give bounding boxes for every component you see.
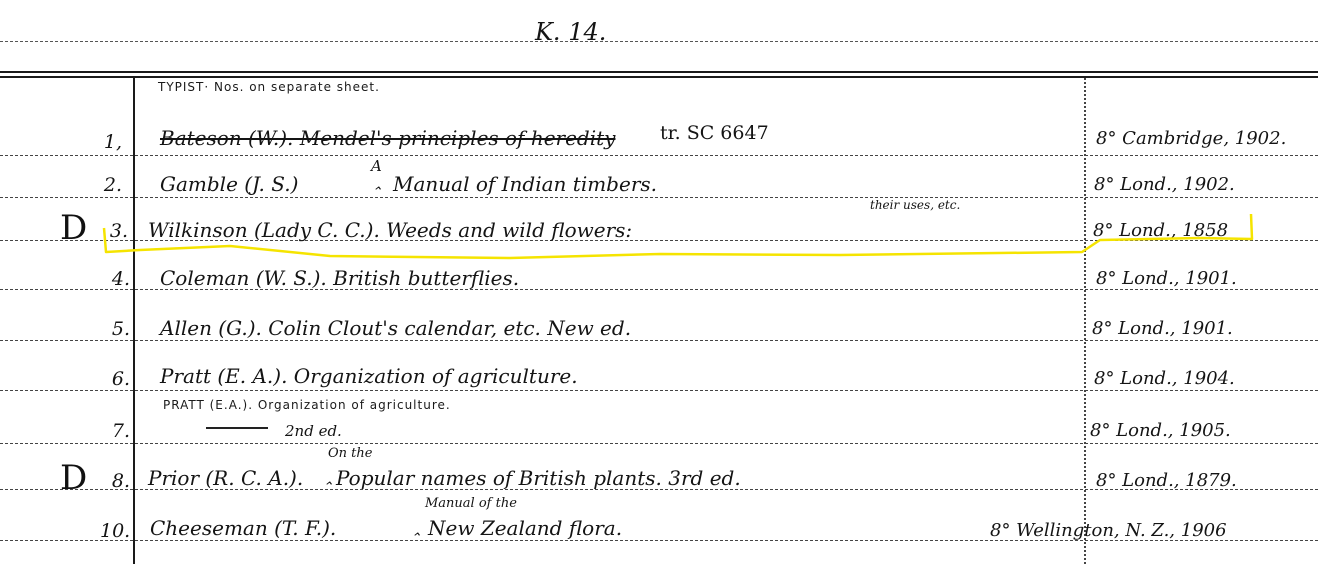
entry-text: Cheeseman (T. F.). xyxy=(150,516,336,540)
entry-text: Popular names of British plants. 3rd ed. xyxy=(336,466,741,490)
typed-correction: PRATT (E.A.). Organization of agricultur… xyxy=(163,398,451,412)
entry-text: Coleman (W. S.). British butterflies. xyxy=(160,266,519,290)
entry-number: 4. xyxy=(100,268,130,290)
entry-number: 7. xyxy=(100,420,130,442)
entry-imprint: 8° Lond., 1901. xyxy=(1092,318,1233,339)
entry-imprint: 8° Lond., 1904. xyxy=(1094,368,1235,389)
entry-text: New Zealand flora. xyxy=(428,516,622,540)
caret-icon: ⌃ xyxy=(410,531,421,546)
entry-text: Prior (R. C. A.). xyxy=(148,466,303,490)
entry-number: 10. xyxy=(100,520,130,542)
entry-number: 6. xyxy=(100,368,130,390)
entry-imprint: 8° Lond., 1879. xyxy=(1096,470,1237,491)
ditto-dash xyxy=(206,427,268,429)
entry-text: Allen (G.). Colin Clout's calendar, etc.… xyxy=(160,316,631,340)
d-mark: D xyxy=(60,458,87,498)
insert-above: On the xyxy=(328,446,372,461)
entry-text: Pratt (E. A.). Organization of agricultu… xyxy=(160,364,578,388)
entry-imprint: 8° Lond., 1901. xyxy=(1096,268,1237,289)
entry-text: 2nd ed. xyxy=(285,422,342,440)
entry-imprint: 8° Wellington, N. Z., 1906 xyxy=(990,520,1227,541)
insert-above: Manual of the xyxy=(425,496,517,511)
caret-icon: ⌃ xyxy=(322,480,333,495)
entry-number: 5. xyxy=(100,318,130,340)
entry-number: 8. xyxy=(100,470,130,492)
entry-imprint: 8° Lond., 1905. xyxy=(1090,420,1231,441)
